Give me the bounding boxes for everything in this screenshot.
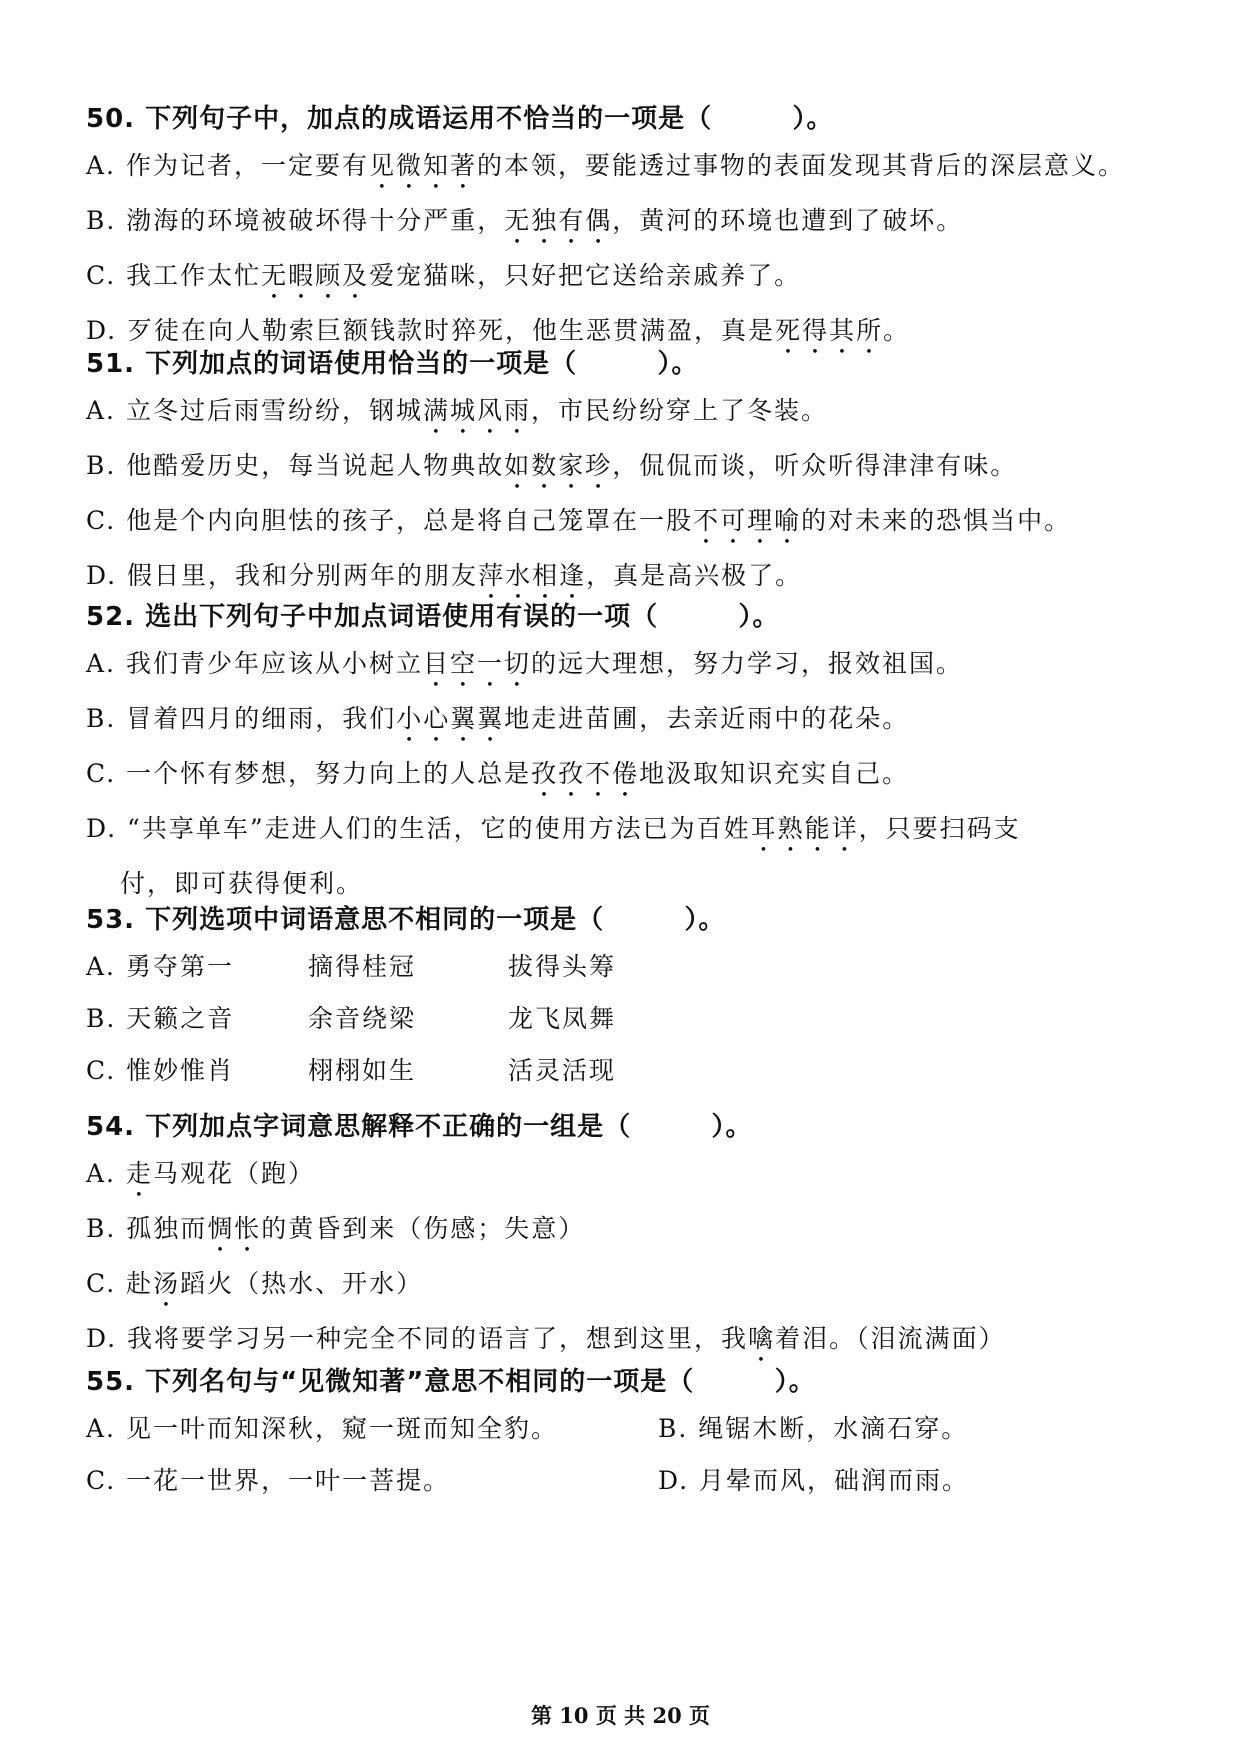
- option-c: C. 我工作太忙无暇顾及爱宠猫咪，只好把它送给亲戚养了。: [86, 250, 1196, 305]
- emphasized-text: 孜孜不倦: [531, 759, 639, 788]
- option-text: C. 他是个内向胆怯的孩子，总是将自己笼罩在一股: [86, 506, 693, 535]
- option-text: B. 渤海的环境被破坏得十分严重，: [86, 206, 504, 235]
- exam-page: 50. 下列句子中，加点的成语运用不恰当的一项是（ ）。 A. 作为记者，一定要…: [0, 0, 1241, 1755]
- option-a: A. 立冬过后雨雪纷纷，钢城满城风雨，市民纷纷穿上了冬装。: [86, 385, 1196, 440]
- question-title: 51. 下列加点的词语使用恰当的一项是（ ）。: [86, 347, 1196, 381]
- option-text: 的本领，要能透过事物的表面发现其背后的深层意义。: [477, 151, 1125, 180]
- emphasized-text: 见微知著: [369, 151, 477, 180]
- option-text: A.: [86, 1159, 126, 1188]
- question-53: 53. 下列选项中词语意思不相同的一项是（ ）。 A. 勇夺第一 摘得桂冠 拔得…: [86, 903, 1196, 1097]
- option-d: D. 假日里，我和分别两年的朋友萍水相逢，真是高兴极了。: [86, 550, 1196, 605]
- option-a: A. 我们青少年应该从小树立目空一切的远大理想，努力学习，报效祖国。: [86, 638, 1196, 693]
- option-text: 地走进苗圃，去亲近雨中的花朵。: [504, 704, 909, 733]
- question-title: 53. 下列选项中词语意思不相同的一项是（ ）。: [86, 903, 1196, 937]
- option-a: A. 见一叶而知深秋，窥一斑而知全豹。: [86, 1403, 658, 1455]
- question-title: 54. 下列加点字词意思解释不正确的一组是（ ）。: [86, 1110, 1196, 1144]
- option-text: 付，即可获得便利。: [120, 869, 363, 898]
- option-word: 活灵活现: [508, 1045, 708, 1097]
- emphasized-text: 萍水相逢: [478, 561, 586, 590]
- option-d: D. “共享单车”走进人们的生活，它的使用方法已为百姓耳熟能详，只要扫码支: [86, 803, 1196, 858]
- emphasized-text: 满城风雨: [423, 396, 531, 425]
- emphasized-text: 目空一切: [423, 649, 531, 678]
- option-c: C. 赴汤蹈火（热水、开水）: [86, 1258, 1196, 1313]
- option-text: C. 赴: [86, 1269, 153, 1298]
- emphasized-text: 小心翼翼: [396, 704, 504, 733]
- option-text: A. 我们青少年应该从小树立: [86, 649, 423, 678]
- option-c: C. 一花一世界，一叶一菩提。: [86, 1455, 658, 1507]
- option-b: B. 绳锯木断，水滴石穿。: [658, 1403, 968, 1455]
- option-d: D. 我将要学习另一种完全不同的语言了，想到这里，我噙着泪。（泪流满面）: [86, 1313, 1196, 1368]
- option-a: A. 作为记者，一定要有见微知著的本领，要能透过事物的表面发现其背后的深层意义。: [86, 140, 1196, 195]
- option-row-cd: C. 一花一世界，一叶一菩提。 D. 月晕而风，础润而雨。: [86, 1455, 1196, 1507]
- emphasized-text: 无独有偶: [504, 206, 612, 235]
- question-50: 50. 下列句子中，加点的成语运用不恰当的一项是（ ）。 A. 作为记者，一定要…: [86, 102, 1196, 360]
- option-row-c: C. 惟妙惟肖 栩栩如生 活灵活现: [86, 1045, 1196, 1097]
- option-text: 马观花（跑）: [153, 1159, 315, 1188]
- option-text: 。: [883, 316, 910, 345]
- option-text: A. 立冬过后雨雪纷纷，钢城: [86, 396, 423, 425]
- option-text: ，侃侃而谈，听众听得津津有味。: [612, 451, 1017, 480]
- option-text: 爱宠猫咪，只好把它送给亲戚养了。: [369, 261, 801, 290]
- option-row-b: B. 天籁之音 余音绕梁 龙飞凤舞: [86, 993, 1196, 1045]
- option-row-a: A. 勇夺第一 摘得桂冠 拔得头筹: [86, 941, 1196, 993]
- question-51: 51. 下列加点的词语使用恰当的一项是（ ）。 A. 立冬过后雨雪纷纷，钢城满城…: [86, 347, 1196, 605]
- option-text: 的远大理想，努力学习，报效祖国。: [531, 649, 963, 678]
- question-52: 52. 选出下列句子中加点词语使用有误的一项（ ）。 A. 我们青少年应该从小树…: [86, 600, 1196, 910]
- option-c: C. 他是个内向胆怯的孩子，总是将自己笼罩在一股不可理喻的对未来的恐惧当中。: [86, 495, 1196, 550]
- option-text: ，黄河的环境也遭到了破坏。: [612, 206, 963, 235]
- option-text: B. 他酷爱历史，每当说起人物典故: [86, 451, 504, 480]
- option-b: B. 孤独而惆怅的黄昏到来（伤感；失意）: [86, 1203, 1196, 1258]
- option-a: A. 走马观花（跑）: [86, 1148, 1196, 1203]
- option-text: D. 我将要学习另一种完全不同的语言了，想到这里，我: [86, 1324, 748, 1353]
- option-word: A. 勇夺第一: [86, 941, 308, 993]
- emphasized-text: 不可理喻: [693, 506, 801, 535]
- option-d: D. 月晕而风，础润而雨。: [658, 1455, 969, 1507]
- option-text: ，市民纷纷穿上了冬装。: [531, 396, 828, 425]
- emphasized-text: 汤: [153, 1269, 180, 1298]
- option-text: 着泪。（泪流满面）: [775, 1324, 1006, 1353]
- emphasized-text: 耳熟能详: [751, 814, 859, 843]
- option-text: ，只要扫码支: [859, 814, 1021, 843]
- option-text: D. “共享单车”走进人们的生活，它的使用方法已为百姓: [86, 814, 751, 843]
- option-word: 拔得头筹: [508, 941, 708, 993]
- emphasized-text: 无暇顾及: [261, 261, 369, 290]
- option-text: C. 一个怀有梦想，努力向上的人总是: [86, 759, 531, 788]
- option-text: D. 假日里，我和分别两年的朋友: [86, 561, 478, 590]
- question-title: 55. 下列名句与“见微知著”意思不相同的一项是（ ）。: [86, 1365, 1196, 1399]
- option-text: A. 作为记者，一定要有: [86, 151, 369, 180]
- option-row-ab: A. 见一叶而知深秋，窥一斑而知全豹。 B. 绳锯木断，水滴石穿。: [86, 1403, 1196, 1455]
- option-word: C. 惟妙惟肖: [86, 1045, 308, 1097]
- option-text: D. 歹徒在向人勒索巨额钱款时猝死，他生恶贯满盈，真是: [86, 316, 775, 345]
- option-b: B. 渤海的环境被破坏得十分严重，无独有偶，黄河的环境也遭到了破坏。: [86, 195, 1196, 250]
- option-text: 蹈火（热水、开水）: [180, 1269, 423, 1298]
- option-word: 龙飞凤舞: [508, 993, 708, 1045]
- option-word: 余音绕梁: [308, 993, 508, 1045]
- option-word: B. 天籁之音: [86, 993, 308, 1045]
- option-b: B. 他酷爱历史，每当说起人物典故如数家珍，侃侃而谈，听众听得津津有味。: [86, 440, 1196, 495]
- option-text: C. 我工作太忙: [86, 261, 261, 290]
- option-word: 栩栩如生: [308, 1045, 508, 1097]
- option-text: B. 冒着四月的细雨，我们: [86, 704, 396, 733]
- option-word: 摘得桂冠: [308, 941, 508, 993]
- option-text: 的黄昏到来（伤感；失意）: [261, 1214, 585, 1243]
- question-55: 55. 下列名句与“见微知著”意思不相同的一项是（ ）。 A. 见一叶而知深秋，…: [86, 1365, 1196, 1507]
- question-title: 50. 下列句子中，加点的成语运用不恰当的一项是（ ）。: [86, 102, 1196, 136]
- option-text: 的对未来的恐惧当中。: [801, 506, 1071, 535]
- option-b: B. 冒着四月的细雨，我们小心翼翼地走进苗圃，去亲近雨中的花朵。: [86, 693, 1196, 748]
- option-text: B. 孤独而: [86, 1214, 207, 1243]
- emphasized-text: 走: [126, 1159, 153, 1188]
- emphasized-text: 如数家珍: [504, 451, 612, 480]
- question-title: 52. 选出下列句子中加点词语使用有误的一项（ ）。: [86, 600, 1196, 634]
- emphasized-text: 死得其所: [775, 316, 883, 345]
- emphasized-text: 噙: [748, 1324, 775, 1353]
- emphasized-text: 惆怅: [207, 1214, 261, 1243]
- question-54: 54. 下列加点字词意思解释不正确的一组是（ ）。 A. 走马观花（跑） B. …: [86, 1110, 1196, 1368]
- option-text: ，真是高兴极了。: [586, 561, 802, 590]
- option-text: 地汲取知识充实自己。: [639, 759, 909, 788]
- option-c: C. 一个怀有梦想，努力向上的人总是孜孜不倦地汲取知识充实自己。: [86, 748, 1196, 803]
- page-footer: 第 10 页 共 20 页: [0, 1700, 1241, 1730]
